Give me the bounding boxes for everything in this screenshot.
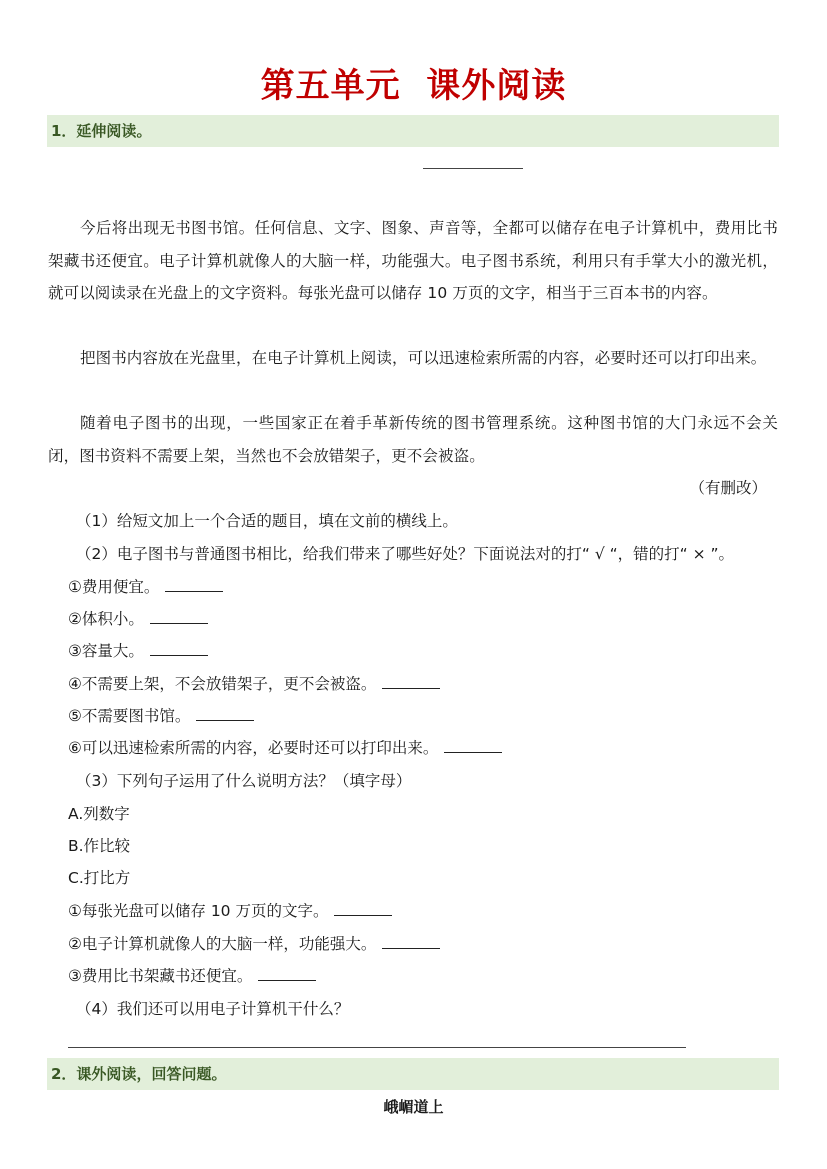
q3-item-1-blank[interactable] — [334, 897, 392, 916]
q2-item-6-blank[interactable] — [444, 734, 502, 753]
q3-item-3: ③费用比书架藏书还便宜。 — [68, 960, 316, 992]
q2-item-3-text: ③容量大。 — [68, 642, 144, 660]
q2-item-6-text: ⑥可以迅速检索所需的内容，必要时还可以打印出来。 — [68, 739, 438, 757]
page-title: 第五单元 课外阅读 — [0, 58, 827, 107]
q3-item-2: ②电子计算机就像人的大脑一样，功能强大。 — [68, 928, 440, 960]
q2-item-5-text: ⑤不需要图书馆。 — [68, 707, 190, 725]
q2-item-4: ④不需要上架，不会放错架子，更不会被盗。 — [68, 668, 440, 700]
q3-option-b: B.作比较 — [68, 830, 130, 862]
q3-item-3-text: ③费用比书架藏书还便宜。 — [68, 967, 252, 985]
q2-item-6: ⑥可以迅速检索所需的内容，必要时还可以打印出来。 — [68, 732, 502, 764]
section-header-2: 2．课外阅读，回答问题。 — [47, 1058, 779, 1090]
q3-item-1: ①每张光盘可以储存 10 万页的文字。 — [68, 895, 392, 927]
q2-item-1: ①费用便宜。 — [68, 571, 223, 603]
q2-item-2-text: ②体积小。 — [68, 610, 144, 628]
passage-paragraph-1: 今后将出现无书图书馆。任何信息、文字、图象、声音等，全都可以储存在电子计算机中，… — [48, 212, 778, 310]
question-3: （3）下列句子运用了什么说明方法？（填字母） — [76, 765, 411, 797]
passage-2-title: 峨嵋道上 — [0, 1096, 827, 1117]
q3-item-2-text: ②电子计算机就像人的大脑一样，功能强大。 — [68, 935, 376, 953]
q2-item-3-blank[interactable] — [150, 637, 208, 656]
q2-item-5: ⑤不需要图书馆。 — [68, 700, 254, 732]
q4-answer-line[interactable] — [68, 1047, 686, 1048]
question-4: （4）我们还可以用电子计算机干什么？ — [76, 993, 349, 1025]
section-header-1: 1．延伸阅读。 — [47, 115, 779, 147]
source-note: （有删改） — [689, 476, 767, 498]
q3-option-c: C.打比方 — [68, 862, 130, 894]
q3-item-1-text: ①每张光盘可以储存 10 万页的文字。 — [68, 902, 328, 920]
q3-item-3-blank[interactable] — [258, 962, 316, 981]
passage-paragraph-2: 把图书内容放在光盘里，在电子计算机上阅读，可以迅速检索所需的内容，必要时还可以打… — [48, 342, 778, 375]
q2-item-2: ②体积小。 — [68, 603, 208, 635]
q3-item-2-blank[interactable] — [382, 930, 440, 949]
q2-item-1-text: ①费用便宜。 — [68, 578, 159, 596]
q2-item-3: ③容量大。 — [68, 635, 208, 667]
q2-item-4-blank[interactable] — [382, 670, 440, 689]
question-2: （2）电子图书与普通图书相比，给我们带来了哪些好处？下面说法对的打“ √ “，错… — [76, 538, 734, 570]
question-1: （1）给短文加上一个合适的题目，填在文前的横线上。 — [76, 505, 458, 537]
q2-item-5-blank[interactable] — [196, 702, 254, 721]
passage-title-blank[interactable] — [423, 168, 523, 169]
q2-item-1-blank[interactable] — [165, 573, 223, 592]
q3-option-a: A.列数字 — [68, 798, 130, 830]
q2-item-4-text: ④不需要上架，不会放错架子，更不会被盗。 — [68, 675, 376, 693]
passage-paragraph-3: 随着电子图书的出现，一些国家正在着手革新传统的图书管理系统。这种图书馆的大门永远… — [48, 407, 778, 472]
q2-item-2-blank[interactable] — [150, 605, 208, 624]
